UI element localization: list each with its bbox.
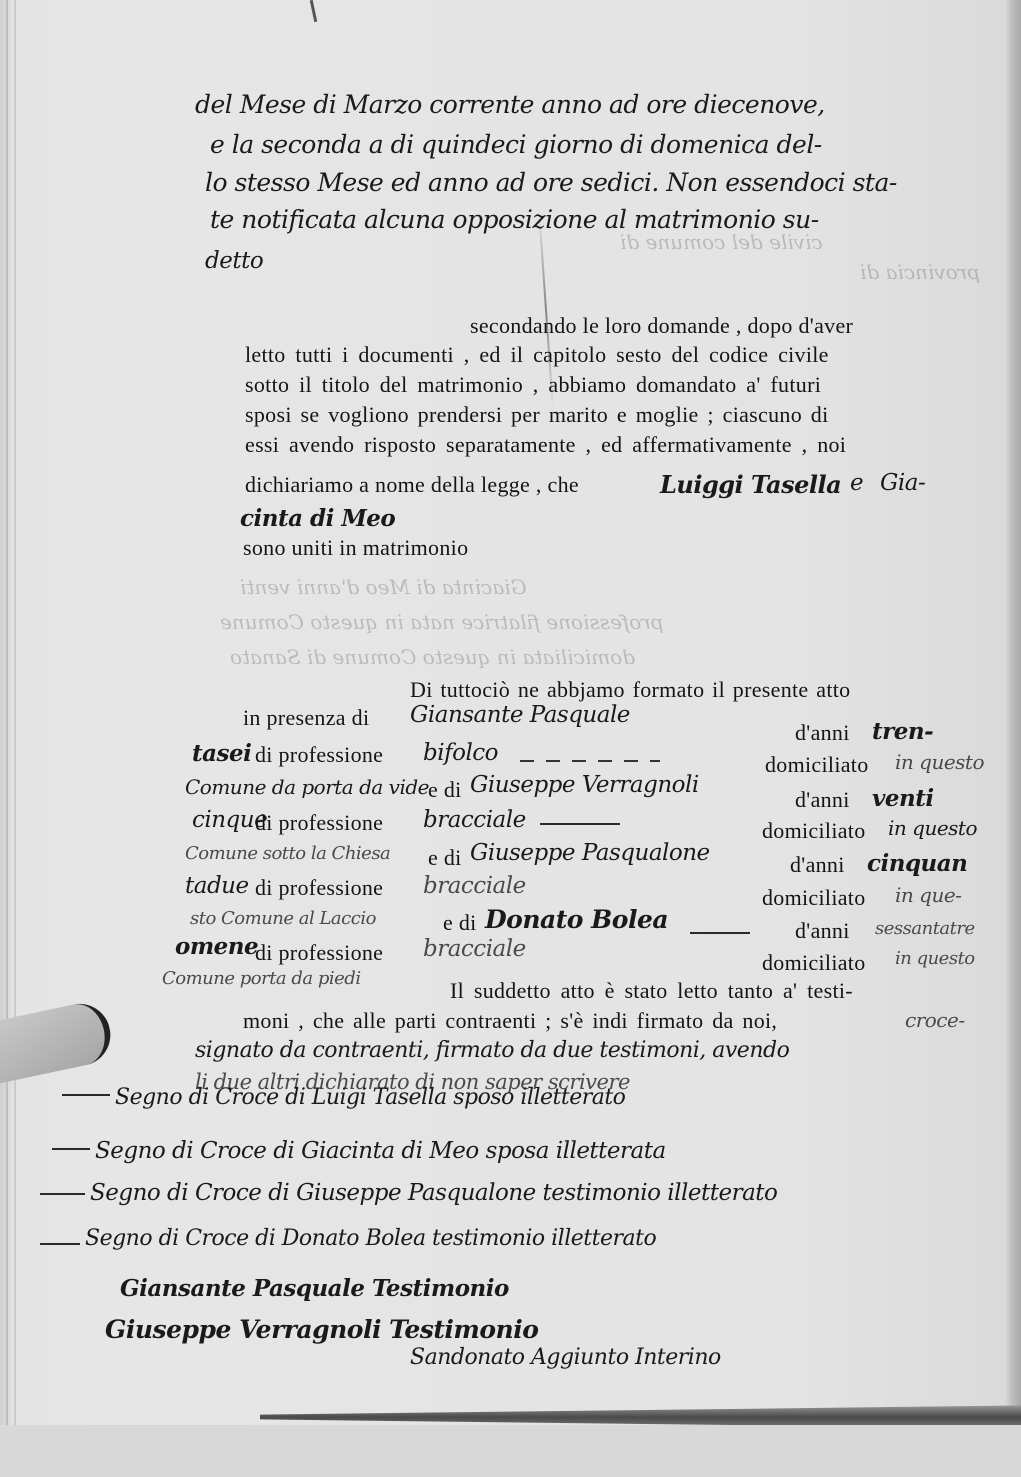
signature-line: Segno di Croce di Donato Bolea testimoni… — [85, 1226, 656, 1251]
witness-domicile: sto Comune al Laccio — [190, 908, 376, 929]
witness-signature: Giuseppe Verragnoli Testimonio — [105, 1315, 538, 1344]
printed-line: dichiariamo a nome della legge , che — [245, 472, 579, 498]
years-label: d'anni — [795, 787, 850, 813]
in-presence-label: in presenza di — [243, 705, 369, 731]
domicile-label: domiciliato — [765, 752, 869, 778]
dash-filler — [540, 823, 620, 825]
printed-line: Di tuttociò ne abbjamo formato il presen… — [410, 677, 850, 703]
handwritten-line: croce- — [905, 1008, 965, 1032]
handwritten-line: signato da contraenti, firmato da due te… — [195, 1038, 789, 1063]
witness-domicile: Comune porta da piedi — [162, 968, 361, 989]
witness-profession: bracciale — [423, 936, 526, 962]
witness-profession: bifolco — [423, 740, 498, 766]
printed-line: moni , che alle parti contraenti ; s'è i… — [243, 1008, 777, 1034]
groom-name: Luiggi Tasella — [660, 470, 841, 499]
witness-name: Giuseppe Pasqualone — [470, 840, 710, 866]
witness-age: cinquan — [867, 850, 967, 877]
domicile-label: domiciliato — [762, 950, 866, 976]
handwritten-line: detto — [205, 248, 263, 274]
bleed-through-text: Giacinta di Meo d'anni venti — [240, 575, 527, 599]
domicile-label: domiciliato — [762, 818, 866, 844]
next-page-strip — [0, 1425, 1021, 1477]
dash-filler — [690, 932, 750, 934]
bleed-through-text: provincia di — [860, 260, 980, 284]
witness-age: venti — [872, 785, 934, 812]
dash-filler — [520, 760, 660, 762]
handwritten-line: e la seconda a di quindeci giorno di dom… — [210, 130, 822, 159]
witness-name: Giansante Pasquale — [410, 702, 630, 728]
witness-age: tadue — [185, 873, 249, 899]
witness-age: omene — [175, 933, 258, 960]
signature-line: Segno di Croce di Luigi Tasella sposo il… — [115, 1085, 625, 1110]
handwritten-line: lo stesso Mese ed anno ad ore sedici. No… — [205, 168, 897, 197]
bride-name-part1: Gia- — [880, 470, 925, 496]
printed-line: secondando le loro domande , dopo d'aver — [470, 313, 853, 339]
conjunction: e — [850, 470, 863, 496]
signature-line: Segno di Croce di Giacinta di Meo sposa … — [95, 1138, 666, 1164]
years-label: d'anni — [790, 852, 845, 878]
witness-signature: Giansante Pasquale Testimonio — [120, 1275, 509, 1302]
domicile-label: domiciliato — [762, 885, 866, 911]
witness-profession: bracciale — [423, 807, 526, 833]
witness-name: Donato Bolea — [485, 905, 668, 934]
binding-line — [6, 0, 8, 1477]
printed-line: sposi se vogliono prendersi per marito e… — [245, 402, 829, 428]
and-of-label: e di — [443, 910, 477, 936]
witness-age: sessantatre — [875, 918, 975, 939]
profession-label: di professione — [255, 940, 383, 966]
and-of-label: e di — [428, 845, 462, 871]
printed-line: sono uniti in matrimonio — [243, 535, 468, 561]
years-label: d'anni — [795, 720, 850, 746]
document-page: Giacinta di Meo d'anni venti professione… — [0, 0, 1021, 1477]
printed-line: Il suddetto atto è stato letto tanto a' … — [450, 978, 853, 1004]
profession-label: di professione — [255, 742, 383, 768]
handwritten-line: te notificata alcuna opposizione al matr… — [210, 205, 819, 234]
handwritten-line: del Mese di Marzo corrente anno ad ore d… — [195, 90, 825, 119]
cross-mark-dash — [40, 1193, 85, 1195]
witness-domicile: Comune da porta da vide — [185, 775, 429, 799]
witness-domicile: in questo — [888, 816, 977, 840]
printed-line: letto tutti i documenti , ed il capitolo… — [245, 342, 829, 368]
witness-profession: bracciale — [423, 873, 526, 899]
bleed-through-text: professione filatrice nata in questo Com… — [220, 610, 664, 634]
witness-domicile: in questo — [895, 948, 975, 969]
ink-mark — [310, 0, 318, 22]
witness-domicile: Comune sotto la Chiesa — [185, 843, 390, 864]
binding-line — [14, 0, 16, 1477]
witness-domicile: in que- — [895, 883, 961, 907]
witness-age: tasei — [192, 740, 251, 767]
profession-label: di professione — [255, 875, 383, 901]
witness-age: tren- — [872, 718, 933, 745]
cross-mark-dash — [62, 1094, 110, 1096]
and-of-label: e di — [428, 777, 462, 803]
cross-mark-dash — [52, 1148, 90, 1150]
cross-mark-dash — [40, 1243, 80, 1245]
bleed-through-text: domiciliata in questo Comune di Sanato — [230, 645, 635, 669]
folded-paper-tab — [0, 998, 116, 1084]
witness-domicile: in questo — [895, 750, 984, 774]
profession-label: di professione — [255, 810, 383, 836]
signature-line: Segno di Croce di Giuseppe Pasqualone te… — [90, 1180, 777, 1206]
printed-line: essi avendo risposto separatamente , ed … — [245, 432, 846, 458]
printed-line: sotto il titolo del matrimonio , abbiamo… — [245, 372, 821, 398]
bride-name-part2: cinta di Meo — [240, 505, 395, 532]
witness-name: Giuseppe Verragnoli — [470, 772, 699, 798]
officer-signature: Sandonato Aggiunto Interino — [410, 1345, 721, 1370]
years-label: d'anni — [795, 918, 850, 944]
